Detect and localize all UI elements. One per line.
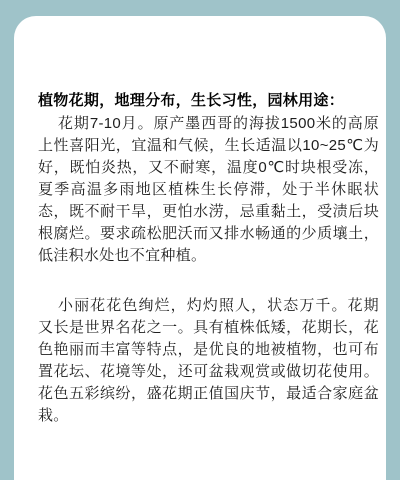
content-card: 植物花期，地理分布，生长习性，园林用途： 花期7-10月。原产墨西哥的海拔150… <box>14 16 386 480</box>
paragraph-garden-uses: 小丽花花色绚烂，灼灼照人，状态万千。花期又长是世界名花之一。具有植株低矮，花期长… <box>38 295 379 427</box>
article-title: 植物花期，地理分布，生长习性，园林用途： <box>38 90 380 112</box>
page-background: { "page": { "background_color": "#9FC3C9… <box>0 0 400 480</box>
paragraph-growth-habits: 花期7-10月。原产墨西哥的海拔1500米的高原上性喜阳光，宜温和气候，生长适温… <box>38 113 379 267</box>
